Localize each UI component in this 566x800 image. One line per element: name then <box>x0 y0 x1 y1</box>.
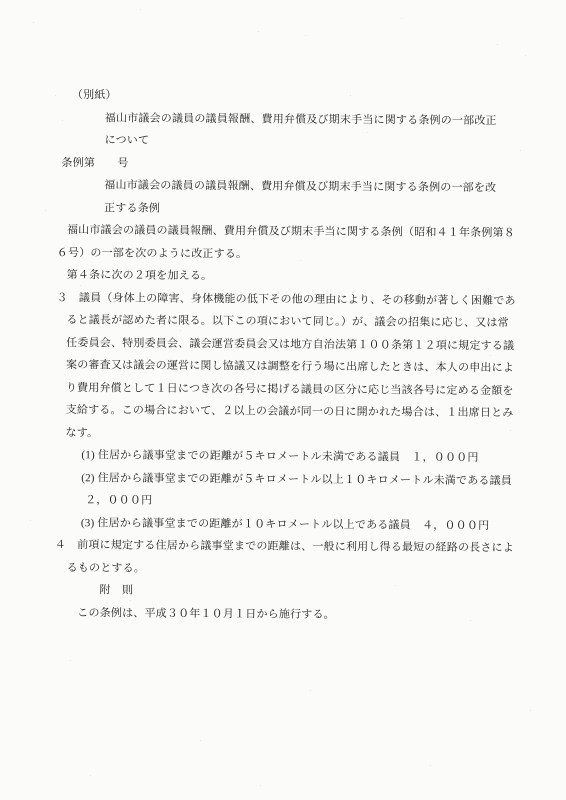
document-line: 福山市議会の議員の議員報酬、費用弁償及び期末手当に関する条例の一部を改 <box>57 174 537 200</box>
document-line: 案の審査又は議会の運営に関し協議又は調整を行う場に出席したときは、本人の申出によ <box>56 354 536 380</box>
document-line: について <box>58 129 538 155</box>
document-line: この条例は、平成３０年１０月１日から施行する。 <box>54 601 534 627</box>
document-line: ると議長が認めた者に限る。以下この項において同じ。）が、議会の招集に応じ、又は常 <box>56 309 536 335</box>
document-line: ６号）の一部を次のように改正する。 <box>57 241 537 267</box>
document-line: り費用弁償として１日につき次の各号に掲げる議員の区分に応じ当該各号に定める金額を <box>56 376 536 402</box>
document-line: ４ 前項に規定する住居から議事堂までの距離は、一般に利用し得る最短の経路の長さに… <box>55 534 535 560</box>
document-line: 正する条例 <box>57 196 537 222</box>
document-line: 福山市議会の議員の議員報酬、費用弁償及び期末手当に関する条例（昭和４１年条例第８ <box>57 219 537 245</box>
document-line: るものとする。 <box>55 556 535 582</box>
scan-noise-layer <box>0 0 1 1</box>
document-line: (2) 住居から議事堂までの距離が５キロメートル以上１０キロメートル未満である議… <box>55 466 535 492</box>
document-line: 福山市議会の議員の議員報酬、費用弁償及び期末手当に関する条例の一部改正 <box>58 106 538 132</box>
document-line: 第４条に次の２項を加える。 <box>57 264 537 290</box>
document-line: 条例第 号 <box>57 151 537 177</box>
document-line: ３ 議員（身体上の障害、身体機能の低下その他の理由により、その移動が著しく困難で… <box>56 286 536 312</box>
document-line: 任委員会、特別委員会、議会運営委員会又は地方自治法第１００条第１２項に規定する議 <box>56 331 536 357</box>
document-line: （別紙） <box>58 84 538 110</box>
document-line: ２，０００円 <box>55 489 535 515</box>
document-line: なす。 <box>55 421 535 447</box>
document-line: 支給する。この場合において、２以上の会議が同一の日に開かれた場合は、１出席日とみ <box>56 399 536 425</box>
document-text-block: （別紙）福山市議会の議員の議員報酬、費用弁償及び期末手当に関する条例の一部改正に… <box>54 84 538 627</box>
scanned-document-page: （別紙）福山市議会の議員の議員報酬、費用弁償及び期末手当に関する条例の一部改正に… <box>0 0 566 800</box>
document-line: (3) 住居から議事堂までの距離が１０キロメートル以上である議員 ４，０００円 <box>55 511 535 537</box>
document-line: (1) 住居から議事堂までの距離が５キロメートル未満である議員 １，０００円 <box>55 444 535 470</box>
document-line: 附 則 <box>54 579 534 605</box>
